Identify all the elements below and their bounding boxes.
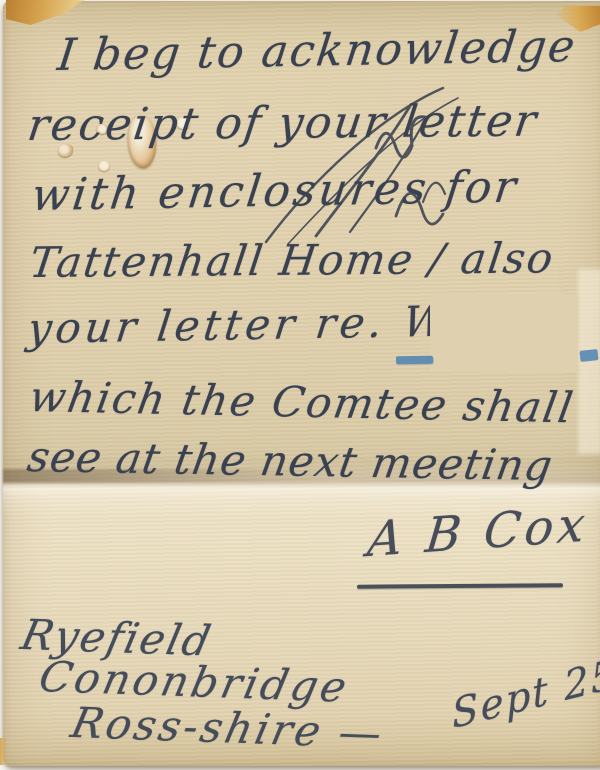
- handwriting-line-3: with enclosures for: [29, 161, 522, 221]
- blue-crayon-mark-left: [396, 356, 433, 365]
- handwriting-line-4: Tattenhall Home / also: [27, 233, 558, 287]
- handwriting-line-5: your letter re. W: [25, 297, 454, 353]
- handwriting-line-2: receipt of your letter: [25, 96, 541, 152]
- blue-crayon-mark-right: [579, 349, 598, 362]
- scanned-letter-photo: { "letter": { "body_lines": [ "I beg to …: [0, 0, 600, 770]
- redaction-patch: [430, 294, 578, 372]
- handwriting-line-1: I beg to acknowledge: [55, 21, 580, 81]
- handwriting-line-7: see at the next meeting: [24, 432, 556, 490]
